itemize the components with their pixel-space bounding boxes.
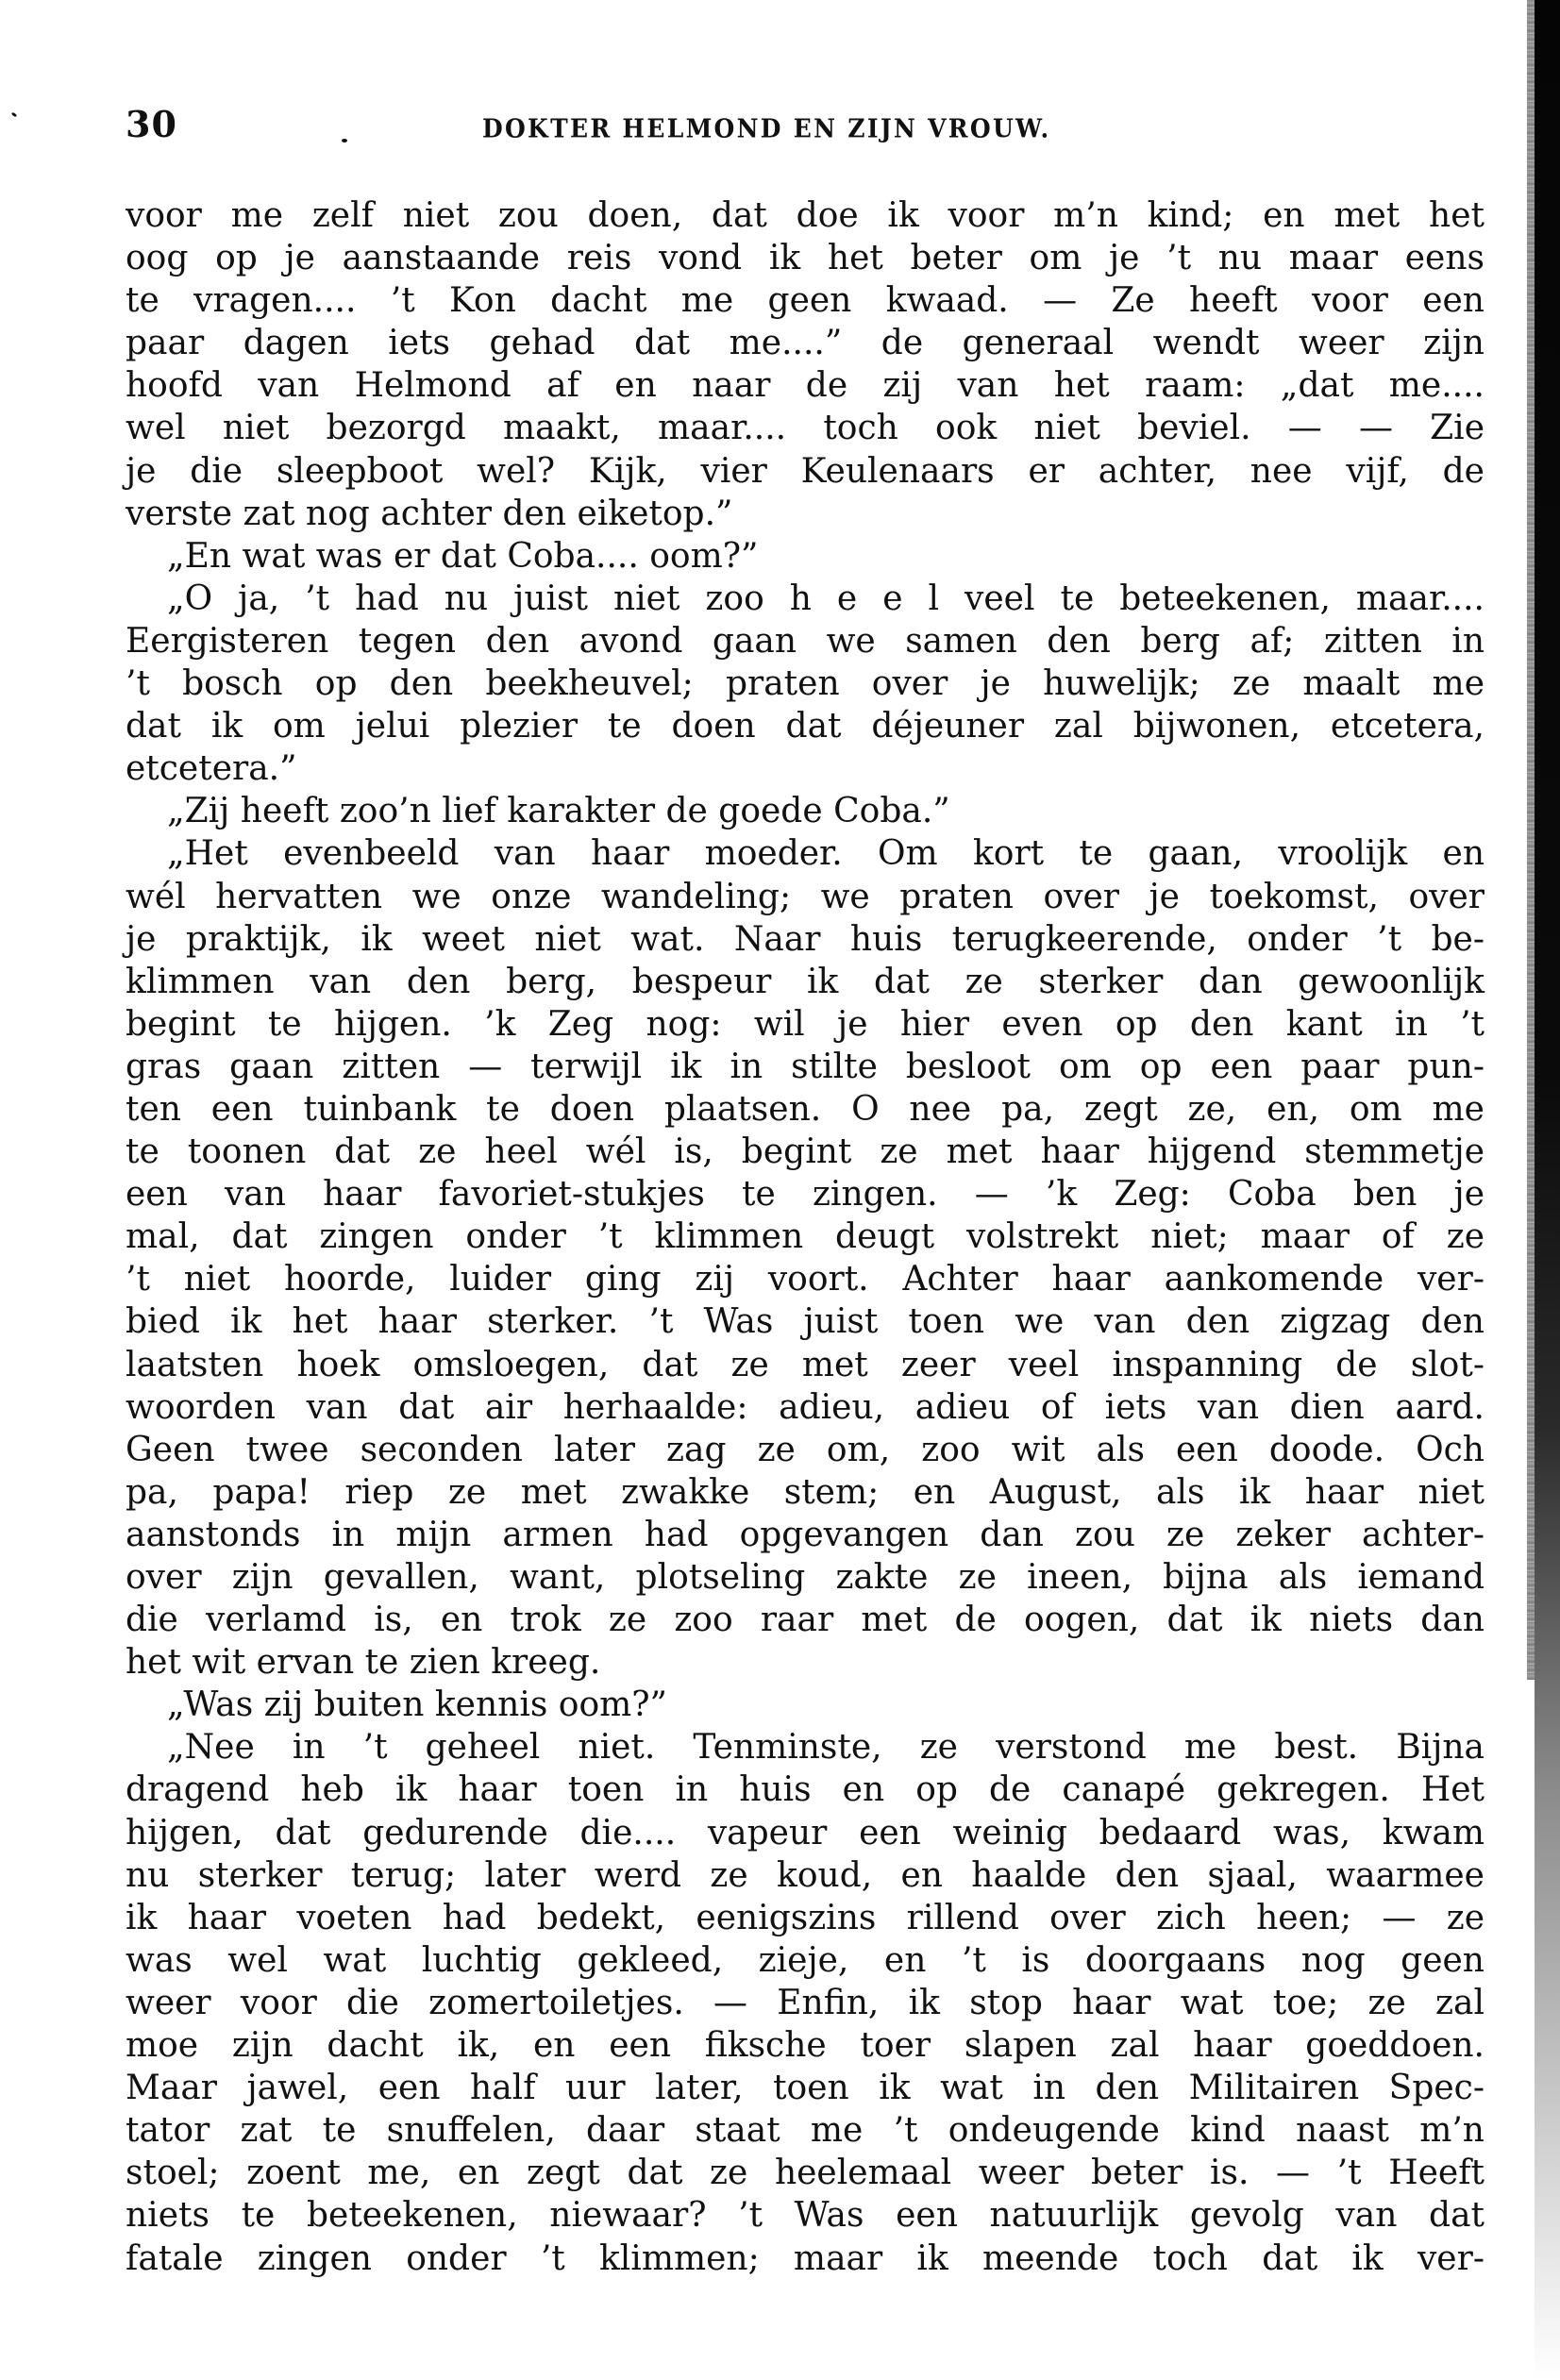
text-line: dat ik om jelui plezier te doen dat déje… [126, 705, 1485, 747]
text-line: voor me zelf niet zou doen, dat doe ik v… [126, 194, 1485, 237]
text-line: ik haar voeten had bedekt, eenigszins ri… [126, 1897, 1485, 1939]
page-number: 30 [126, 106, 177, 143]
text-line: begint te hijgen. ’k Zeg nog: wil je hie… [126, 1003, 1485, 1046]
text-line: etcetera.” [126, 747, 1485, 790]
text-line: over zijn gevallen, want, plotseling zak… [126, 1556, 1485, 1599]
text-line: pa, papa! riep ze met zwakke stem; en Au… [126, 1471, 1485, 1514]
text-line: ten een tuinbank te doen plaatsen. O nee… [126, 1088, 1485, 1131]
text-line: Eergisteren tegen den avond gaan we same… [126, 620, 1485, 662]
text-line: niets te beteekenen, niewaar? ’t Was een… [126, 2194, 1485, 2237]
text-line: gras gaan zitten — terwijl ik in stilte … [126, 1046, 1485, 1088]
text-line: je praktijk, ik weet niet wat. Naar huis… [126, 918, 1485, 961]
text-line: Geen twee seconden later zag ze om, zoo … [126, 1429, 1485, 1471]
text-line: weer voor die zomertoiletjes. — Enfin, i… [126, 1982, 1485, 2024]
text-line: „Zij heeft zoo’n lief karakter de goede … [126, 790, 1485, 832]
text-line: te vragen.... ’t Kon dacht me geen kwaad… [126, 279, 1485, 322]
text-line: hijgen, dat gedurende die.... vapeur een… [126, 1812, 1485, 1854]
text-line: het wit ervan te zien kreeg. [126, 1641, 1485, 1684]
text-line: paar dagen iets gehad dat me....” de gen… [126, 322, 1485, 364]
text-line: „En wat was er dat Coba.... oom?” [126, 535, 1485, 578]
text-line: tator zat te snuffelen, daar staat me ’t… [126, 2109, 1485, 2152]
text-line: oog op je aanstaande reis vond ik het be… [126, 237, 1485, 279]
text-line: woorden van dat air herhaalde: adieu, ad… [126, 1386, 1485, 1429]
text-line: klimmen van den berg, bespeur ik dat ze … [126, 961, 1485, 1003]
text-line: je die sleepboot wel? Kijk, vier Keulena… [126, 450, 1485, 493]
body-text: voor me zelf niet zou doen, dat doe ik v… [126, 194, 1485, 2280]
text-line: ’t niet hoorde, luider ging zij voort. A… [126, 1258, 1485, 1300]
running-head: 30 DOKTER HELMOND EN ZIJN VROUW. [126, 106, 1485, 143]
text-line: „O ja, ’t had nu juist niet zoo h e e l … [126, 578, 1485, 620]
text-line: nu sterker terug; later werd ze koud, en… [126, 1854, 1485, 1897]
text-line: moe zijn dacht ik, en een fiksche toer s… [126, 2024, 1485, 2067]
text-line: fatale zingen onder ’t klimmen; maar ik … [126, 2238, 1485, 2280]
text-line: stoel; zoent me, en zegt dat ze heelemaa… [126, 2152, 1485, 2194]
binding-strip [1535, 0, 1560, 2380]
text-line: Maar jawel, een half uur later, toen ik … [126, 2067, 1485, 2109]
text-line: verste zat nog achter den eiketop.” [126, 493, 1485, 535]
text-line: laatsten hoek omsloegen, dat ze met zeer… [126, 1344, 1485, 1386]
text-line: dragend heb ik haar toen in huis en op d… [126, 1768, 1485, 1811]
text-line: bied ik het haar sterker. ’t Was juist t… [126, 1300, 1485, 1343]
text-line: wél hervatten we onze wandeling; we prat… [126, 876, 1485, 918]
text-line: wel niet bezorgd maakt, maar.... toch oo… [126, 407, 1485, 449]
running-head-title: DOKTER HELMOND EN ZIJN VROUW. [482, 113, 1133, 144]
text-line: was wel wat luchtig gekleed, zieje, en ’… [126, 1939, 1485, 1982]
text-line: mal, dat zingen onder ’t klimmen deugt v… [126, 1215, 1485, 1258]
text-line: „Was zij buiten kennis oom?” [126, 1684, 1485, 1726]
book-page: 30 DOKTER HELMOND EN ZIJN VROUW. voor me… [0, 0, 1560, 2380]
text-line: een van haar favoriet-stukjes te zingen.… [126, 1173, 1485, 1215]
scan-speck [11, 112, 18, 118]
text-line: ’t bosch op den beekheuvel; praten over … [126, 662, 1485, 705]
text-line: aanstonds in mijn armen had opgevangen d… [126, 1514, 1485, 1556]
text-line: te toonen dat ze heel wél is, begint ze … [126, 1131, 1485, 1173]
text-line: „Nee in ’t geheel niet. Tenminste, ze ve… [126, 1726, 1485, 1768]
text-line: die verlamd is, en trok ze zoo raar met … [126, 1599, 1485, 1641]
text-line: „Het evenbeeld van haar moeder. Om kort … [126, 832, 1485, 875]
text-line: hoofd van Helmond af en naar de zij van … [126, 364, 1485, 407]
